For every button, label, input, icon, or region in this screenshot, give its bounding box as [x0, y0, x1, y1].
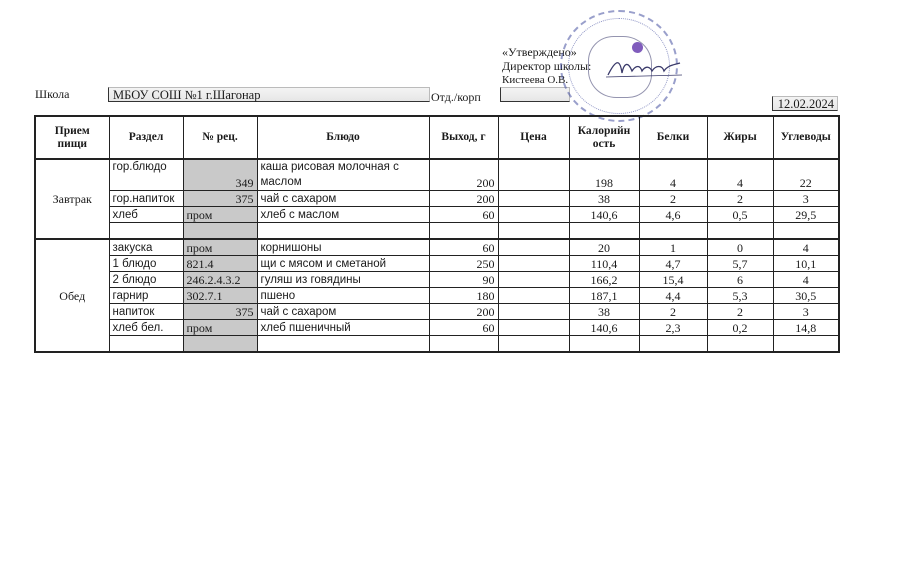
col-header-calories: Калорийн ость	[569, 116, 639, 159]
fat-cell: 6	[707, 272, 773, 288]
table-row: напиток 375 чай с сахаром 200 38 2 2 3	[35, 304, 839, 320]
recipe-cell: пром	[183, 239, 257, 256]
col-header-yield: Выход, г	[429, 116, 498, 159]
calories-cell: 38	[569, 304, 639, 320]
yield-cell: 200	[429, 191, 498, 207]
yield-cell: 90	[429, 272, 498, 288]
price-cell	[498, 272, 569, 288]
col-header-carbs: Углеводы	[773, 116, 839, 159]
price-cell	[498, 336, 569, 353]
price-cell	[498, 207, 569, 223]
table-row: 1 блюдо 821.4 щи с мясом и сметаной 250 …	[35, 256, 839, 272]
col-header-dish: Блюдо	[257, 116, 429, 159]
dish-cell	[257, 336, 429, 353]
fat-cell: 0,2	[707, 320, 773, 336]
meal-breakfast: Завтрак	[35, 159, 109, 239]
calories-cell: 140,6	[569, 207, 639, 223]
price-cell	[498, 256, 569, 272]
recipe-cell	[183, 336, 257, 353]
table-header-row: Прием пищи Раздел № рец. Блюдо Выход, г …	[35, 116, 839, 159]
calories-cell: 38	[569, 191, 639, 207]
meal-lunch: Обед	[35, 239, 109, 352]
recipe-cell: 375	[183, 304, 257, 320]
section-cell: хлеб	[109, 207, 183, 223]
recipe-cell	[183, 223, 257, 240]
yield-cell: 200	[429, 159, 498, 191]
protein-cell: 4,4	[639, 288, 707, 304]
section-cell: 1 блюдо	[109, 256, 183, 272]
table-row: Завтрак гор.блюдо 349 каша рисовая молоч…	[35, 159, 839, 191]
protein-cell: 4,6	[639, 207, 707, 223]
carbs-cell: 14,8	[773, 320, 839, 336]
price-cell	[498, 304, 569, 320]
recipe-cell: пром	[183, 320, 257, 336]
calories-cell	[569, 223, 639, 240]
dept-field[interactable]	[500, 87, 570, 102]
section-cell	[109, 223, 183, 240]
price-cell	[498, 288, 569, 304]
protein-cell: 2,3	[639, 320, 707, 336]
yield-cell: 60	[429, 207, 498, 223]
recipe-cell: 349	[183, 159, 257, 191]
fat-cell: 0,5	[707, 207, 773, 223]
carbs-cell	[773, 223, 839, 240]
yield-cell: 200	[429, 304, 498, 320]
protein-cell: 15,4	[639, 272, 707, 288]
table-row: гарнир 302.7.1 пшено 180 187,1 4,4 5,3 3…	[35, 288, 839, 304]
section-cell: гор.напиток	[109, 191, 183, 207]
dish-cell: корнишоны	[257, 239, 429, 256]
signature-icon	[606, 55, 684, 81]
col-header-section: Раздел	[109, 116, 183, 159]
carbs-cell: 22	[773, 159, 839, 191]
table-row: хлеб бел. пром хлеб пшеничный 60 140,6 2…	[35, 320, 839, 336]
recipe-cell: 302.7.1	[183, 288, 257, 304]
dish-cell: пшено	[257, 288, 429, 304]
yield-cell	[429, 336, 498, 353]
price-cell	[498, 320, 569, 336]
dish-cell: хлеб пшеничный	[257, 320, 429, 336]
recipe-cell: пром	[183, 207, 257, 223]
price-cell	[498, 159, 569, 191]
carbs-cell: 4	[773, 272, 839, 288]
section-cell: гарнир	[109, 288, 183, 304]
dish-cell: чай с сахаром	[257, 191, 429, 207]
recipe-cell: 821.4	[183, 256, 257, 272]
fat-cell: 2	[707, 304, 773, 320]
protein-cell: 4,7	[639, 256, 707, 272]
fat-cell	[707, 336, 773, 353]
col-header-price: Цена	[498, 116, 569, 159]
protein-cell: 4	[639, 159, 707, 191]
table-row-empty	[35, 336, 839, 353]
section-cell	[109, 336, 183, 353]
fat-cell	[707, 223, 773, 240]
calories-cell: 140,6	[569, 320, 639, 336]
carbs-cell	[773, 336, 839, 353]
protein-cell: 2	[639, 304, 707, 320]
yield-cell: 60	[429, 239, 498, 256]
table-row: гор.напиток 375 чай с сахаром 200 38 2 2…	[35, 191, 839, 207]
dish-cell	[257, 223, 429, 240]
table-row: Обед закуска пром корнишоны 60 20 1 0 4	[35, 239, 839, 256]
calories-cell	[569, 336, 639, 353]
dish-cell: каша рисовая молочная с маслом	[257, 159, 429, 191]
table-row: хлеб пром хлеб с маслом 60 140,6 4,6 0,5…	[35, 207, 839, 223]
carbs-cell: 10,1	[773, 256, 839, 272]
carbs-cell: 3	[773, 191, 839, 207]
yield-cell	[429, 223, 498, 240]
fat-cell: 2	[707, 191, 773, 207]
col-header-protein: Белки	[639, 116, 707, 159]
fat-cell: 5,3	[707, 288, 773, 304]
carbs-cell: 29,5	[773, 207, 839, 223]
section-cell: хлеб бел.	[109, 320, 183, 336]
price-cell	[498, 191, 569, 207]
school-label: Школа	[35, 87, 69, 102]
recipe-cell: 375	[183, 191, 257, 207]
table-row-empty	[35, 223, 839, 240]
calories-cell: 20	[569, 239, 639, 256]
protein-cell: 2	[639, 191, 707, 207]
col-header-meal: Прием пищи	[35, 116, 109, 159]
calories-cell: 187,1	[569, 288, 639, 304]
school-field[interactable]: МБОУ СОШ №1 г.Шагонар	[108, 87, 430, 102]
yield-cell: 250	[429, 256, 498, 272]
fat-cell: 0	[707, 239, 773, 256]
protein-cell	[639, 336, 707, 353]
col-header-recipe: № рец.	[183, 116, 257, 159]
table-row: 2 блюдо 246.2.4.3.2 гуляш из говядины 90…	[35, 272, 839, 288]
protein-cell	[639, 223, 707, 240]
section-cell: напиток	[109, 304, 183, 320]
yield-cell: 60	[429, 320, 498, 336]
price-cell	[498, 239, 569, 256]
fat-cell: 4	[707, 159, 773, 191]
menu-table: Прием пищи Раздел № рец. Блюдо Выход, г …	[34, 115, 840, 353]
protein-cell: 1	[639, 239, 707, 256]
carbs-cell: 4	[773, 239, 839, 256]
stamp-sun-icon	[632, 42, 643, 53]
date-field[interactable]: 12.02.2024	[772, 96, 838, 111]
calories-cell: 110,4	[569, 256, 639, 272]
dish-cell: гуляш из говядины	[257, 272, 429, 288]
dish-cell: щи с мясом и сметаной	[257, 256, 429, 272]
col-header-fat: Жиры	[707, 116, 773, 159]
dish-cell: хлеб с маслом	[257, 207, 429, 223]
yield-cell: 180	[429, 288, 498, 304]
section-cell: 2 блюдо	[109, 272, 183, 288]
recipe-cell: 246.2.4.3.2	[183, 272, 257, 288]
calories-cell: 166,2	[569, 272, 639, 288]
price-cell	[498, 223, 569, 240]
fat-cell: 5,7	[707, 256, 773, 272]
calories-cell: 198	[569, 159, 639, 191]
dish-cell: чай с сахаром	[257, 304, 429, 320]
section-cell: закуска	[109, 239, 183, 256]
carbs-cell: 3	[773, 304, 839, 320]
carbs-cell: 30,5	[773, 288, 839, 304]
section-cell: гор.блюдо	[109, 159, 183, 191]
dept-label: Отд./корп	[431, 90, 481, 105]
